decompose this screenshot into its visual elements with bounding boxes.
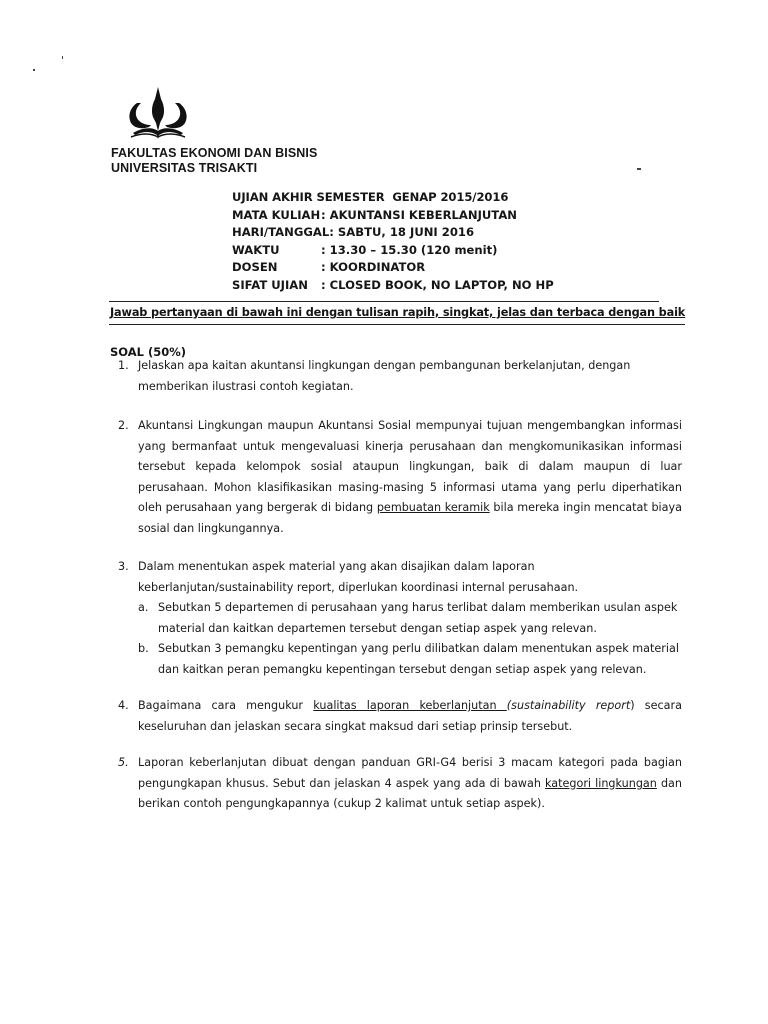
university-name: UNIVERSITAS TRISAKTI bbox=[111, 161, 317, 176]
question-text-line: Jelaskan apa kaitan akuntansi lingkungan… bbox=[138, 356, 682, 377]
emphasis-underlined: pembuatan keramik bbox=[377, 501, 490, 514]
question-number: 4. bbox=[118, 696, 129, 717]
question-number: 3. bbox=[118, 557, 129, 578]
question-1: 1. Jelaskan apa kaitan akuntansi lingkun… bbox=[118, 356, 682, 397]
question-number: 5. bbox=[118, 753, 129, 774]
question-3: 3. Dalam menentukan aspek material yang … bbox=[118, 557, 682, 680]
question-text-line: memberikan ilustrasi contoh kegiatan. bbox=[138, 377, 682, 398]
field-label: DOSEN bbox=[232, 259, 321, 277]
sub-question-a: a. Sebutkan 5 departemen di perusahaan y… bbox=[138, 598, 682, 639]
question-text-line: Dalam menentukan aspek material yang aka… bbox=[138, 557, 682, 578]
university-logo-icon bbox=[123, 87, 193, 143]
exam-title: UJIAN AKHIR SEMESTER GENAP 2015/2016 bbox=[232, 189, 554, 207]
question-text: Akuntansi Lingkungan maupun Akuntansi So… bbox=[138, 416, 682, 539]
sub-text: Sebutkan 3 pemangku kepentingan yang per… bbox=[158, 639, 682, 680]
exam-field-date: HARI/TANGGAL: SABTU, 18 JUNI 2016 bbox=[232, 224, 554, 242]
field-value: : KOORDINATOR bbox=[321, 259, 425, 277]
question-text-line: keberlanjutan/sustainability report, dip… bbox=[138, 578, 682, 599]
emphasis-italic: (sustainability report bbox=[507, 699, 630, 712]
field-label: MATA KULIAH bbox=[232, 207, 321, 225]
question-2: 2. Akuntansi Lingkungan maupun Akuntansi… bbox=[118, 416, 682, 539]
text-part: Bagaimana cara mengukur bbox=[138, 699, 313, 712]
question-text: Bagaimana cara mengukur kualitas laporan… bbox=[138, 696, 682, 737]
question-number: 2. bbox=[118, 416, 129, 437]
field-value: : AKUNTANSI KEBERLANJUTAN bbox=[321, 207, 517, 225]
text-part: Akuntansi Lingkungan maupun Akuntansi So… bbox=[138, 419, 682, 514]
field-value: : 13.30 – 15.30 (120 menit) bbox=[321, 242, 497, 260]
field-label: HARI/TANGGAL bbox=[232, 224, 329, 242]
scan-speck bbox=[62, 56, 63, 59]
divider-bottom bbox=[109, 324, 685, 325]
sub-letter: a. bbox=[138, 598, 148, 619]
instruction-text: Jawab pertanyaan di bawah ini dengan tul… bbox=[110, 306, 685, 319]
field-label: WAKTU bbox=[232, 242, 321, 260]
exam-field-time: WAKTU: 13.30 – 15.30 (120 menit) bbox=[232, 242, 554, 260]
sub-question-b: b. Sebutkan 3 pemangku kepentingan yang … bbox=[138, 639, 682, 680]
emphasis-underlined: kategori lingkungan bbox=[545, 777, 657, 790]
field-label: SIFAT UJIAN bbox=[232, 277, 321, 295]
field-value: : CLOSED BOOK, NO LAPTOP, NO HP bbox=[321, 277, 554, 295]
question-4: 4. Bagaimana cara mengukur kualitas lapo… bbox=[118, 696, 682, 737]
exam-field-type: SIFAT UJIAN: CLOSED BOOK, NO LAPTOP, NO … bbox=[232, 277, 554, 295]
scan-speck bbox=[637, 168, 641, 170]
scan-speck bbox=[33, 69, 35, 71]
exam-info: UJIAN AKHIR SEMESTER GENAP 2015/2016 MAT… bbox=[232, 189, 554, 295]
question-text: Laporan keberlanjutan dibuat dengan pand… bbox=[138, 753, 682, 815]
institution-header: FAKULTAS EKONOMI DAN BISNIS UNIVERSITAS … bbox=[111, 146, 317, 176]
field-value: : SABTU, 18 JUNI 2016 bbox=[329, 224, 474, 242]
sub-text: Sebutkan 5 departemen di perusahaan yang… bbox=[158, 598, 682, 639]
sub-letter: b. bbox=[138, 639, 149, 660]
emphasis-underlined: kualitas laporan keberlanjutan bbox=[313, 699, 507, 712]
divider-top bbox=[109, 301, 659, 302]
question-number: 1. bbox=[118, 356, 129, 377]
faculty-name: FAKULTAS EKONOMI DAN BISNIS bbox=[111, 146, 317, 161]
question-5: 5. Laporan keberlanjutan dibuat dengan p… bbox=[118, 753, 682, 815]
exam-field-lecturer: DOSEN: KOORDINATOR bbox=[232, 259, 554, 277]
exam-field-course: MATA KULIAH: AKUNTANSI KEBERLANJUTAN bbox=[232, 207, 554, 225]
